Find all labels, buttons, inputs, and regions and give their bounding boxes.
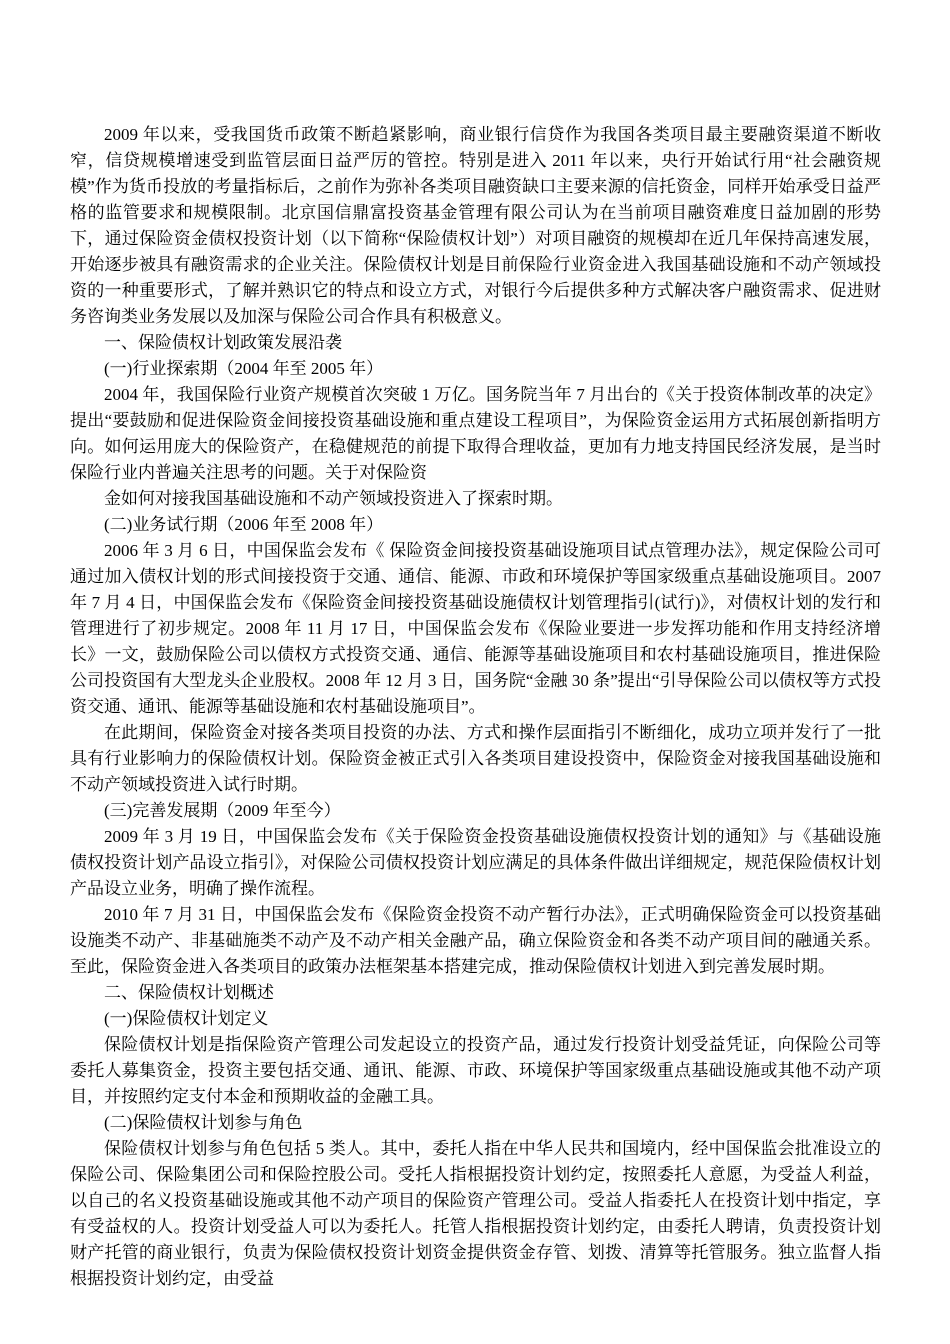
heading-sub-1-1: (一)行业探索期（2004 年至 2005 年） xyxy=(70,356,881,382)
document-page: 2009 年以来，受我国货币政策不断趋紧影响，商业银行信贷作为我国各类项目最主要… xyxy=(0,0,950,1344)
paragraph-exploration-a: 2004 年，我国保险行业资产规模首次突破 1 万亿。国务院当年 7 月出台的《… xyxy=(70,382,881,486)
paragraph-roles: 保险债权计划参与角色包括 5 类人。其中，委托人指在中华人民共和国境内，经中国保… xyxy=(70,1136,881,1292)
heading-section-2: 二、保险债权计划概述 xyxy=(70,980,881,1006)
heading-sub-1-3: (三)完善发展期（2009 年至今） xyxy=(70,798,881,824)
heading-sub-1-2: (二)业务试行期（2006 年至 2008 年） xyxy=(70,512,881,538)
paragraph-definition: 保险债权计划是指保险资产管理公司发起设立的投资产品，通过发行投资计划受益凭证，向… xyxy=(70,1032,881,1110)
paragraph-intro: 2009 年以来，受我国货币政策不断趋紧影响，商业银行信贷作为我国各类项目最主要… xyxy=(70,122,881,330)
paragraph-trial-b: 在此期间，保险资金对接各类项目投资的办法、方式和操作层面指引不断细化，成功立项并… xyxy=(70,720,881,798)
heading-sub-2-1: (一)保险债权计划定义 xyxy=(70,1006,881,1032)
heading-section-1: 一、保险债权计划政策发展沿袭 xyxy=(70,330,881,356)
paragraph-improvement-a: 2009 年 3 月 19 日，中国保监会发布《关于保险资金投资基础设施债权投资… xyxy=(70,824,881,902)
heading-sub-2-2: (二)保险债权计划参与角色 xyxy=(70,1110,881,1136)
paragraph-improvement-b: 2010 年 7 月 31 日，中国保监会发布《保险资金投资不动产暂行办法》，正… xyxy=(70,902,881,980)
paragraph-trial-a: 2006 年 3 月 6 日，中国保监会发布《 保险资金间接投资基础设施项目试点… xyxy=(70,538,881,720)
paragraph-exploration-b: 金如何对接我国基础设施和不动产领域投资进入了探索时期。 xyxy=(70,486,881,512)
